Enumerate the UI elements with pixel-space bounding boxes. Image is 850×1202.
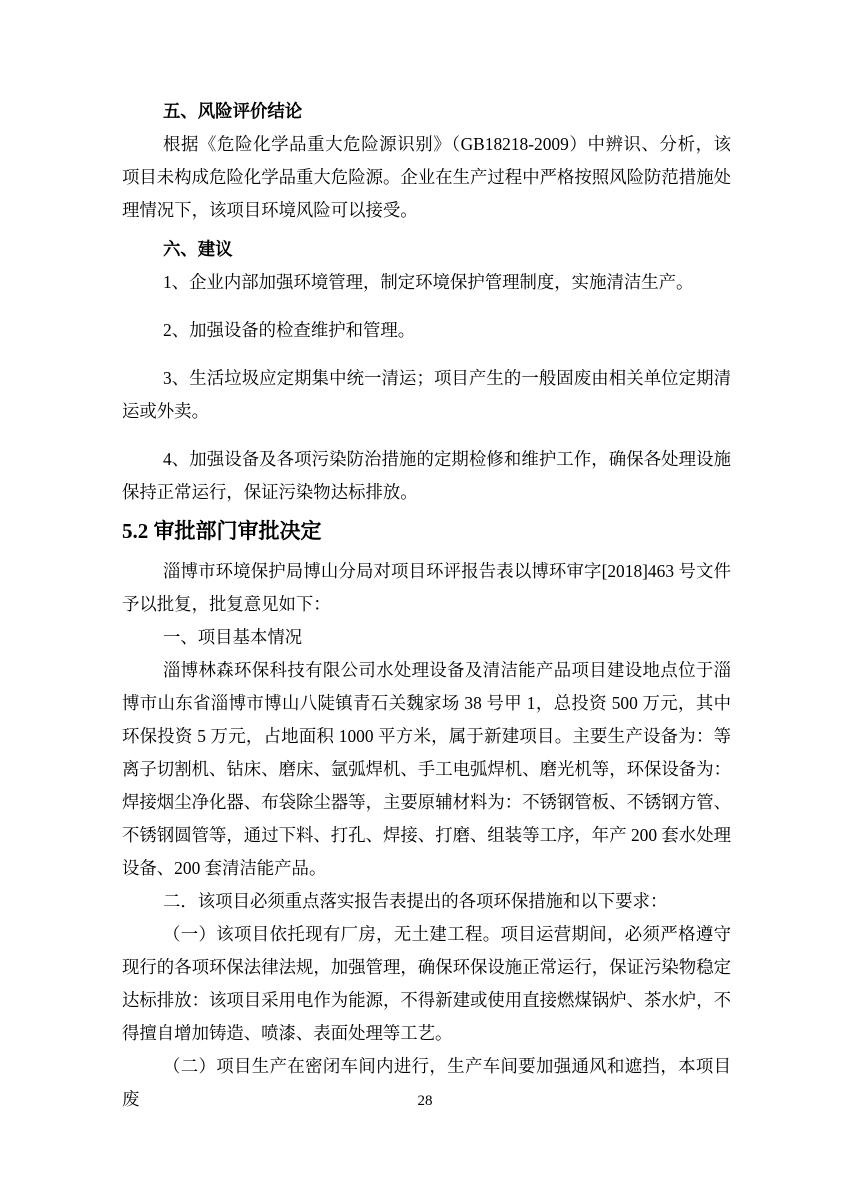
- document-page: 五、风险评价结论根据《危险化学品重大危险源识别》（GB18218-2009）中辨…: [0, 0, 850, 1202]
- paragraph: 二．该项目必须重点落实报告表提出的各项环保措施和以下要求：: [122, 885, 731, 918]
- paragraph: 4、加强设备及各项污染防治措施的定期检修和维护工作，确保各处理设施保持正常运行，…: [122, 443, 731, 509]
- paragraph: 淄博林森环保科技有限公司水处理设备及清洁能产品项目建设地点位于淄博市山东省淄博市…: [122, 654, 731, 885]
- paragraph: 3、生活垃圾应定期集中统一清运；项目产生的一般固废由相关单位定期清运或外卖。: [122, 362, 731, 428]
- page-number: 28: [0, 1092, 850, 1110]
- paragraph: 根据《危险化学品重大危险源识别》（GB18218-2009）中辨识、分析，该项目…: [122, 128, 731, 227]
- paragraph: 2、加强设备的检查维护和管理。: [122, 314, 731, 347]
- paragraph: 1、企业内部加强环境管理，制定环境保护管理制度，实施清洁生产。: [122, 266, 731, 299]
- section-heading-risk-conclusion: 五、风险评价结论: [122, 95, 731, 128]
- paragraph: 一、项目基本情况: [122, 621, 731, 654]
- paragraph: （一）该项目依托现有厂房，无土建工程。项目运营期间，必须严格遵守现行的各项环保法…: [122, 918, 731, 1050]
- paragraph: 淄博市环境保护局博山分局对项目环评报告表以博环审字[2018]463 号文件予以…: [122, 555, 731, 621]
- document-content: 五、风险评价结论根据《危险化学品重大危险源识别》（GB18218-2009）中辨…: [122, 95, 731, 1116]
- section-heading-approval-decision: 5.2 审批部门审批决定: [122, 511, 731, 551]
- section-heading-suggestions: 六、建议: [122, 233, 731, 266]
